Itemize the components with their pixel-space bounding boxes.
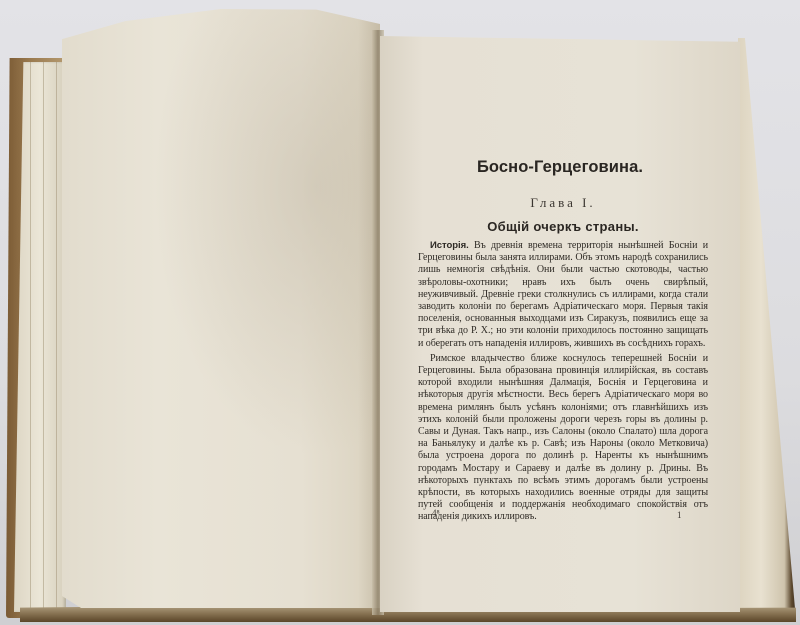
run-in-heading: Исторія. [430,240,469,251]
page-number: 1 [677,510,682,520]
right-page-text: Босно-Герцеговина. Глава I. Общій очеркъ… [418,158,708,524]
left-page-blank [62,6,380,608]
paragraph-text: Въ древнія времена территорія нынѣшней Б… [418,240,708,349]
paragraph-roman: Римское владычество ближе коснулось тепе… [418,353,708,524]
paragraph-history: Исторія. Въ древнія времена территорія н… [418,240,708,350]
photo-scene: Босно-Герцеговина. Глава I. Общій очеркъ… [0,0,800,625]
signature-mark: 4⁸ [432,508,440,518]
page-title: Босно-Герцеговина. [418,158,708,177]
paragraph-text: Римское владычество ближе коснулось тепе… [418,353,708,523]
section-title: Общій очеркъ страны. [418,219,708,234]
chapter-heading: Глава I. [418,195,708,211]
right-page-stack [738,38,796,620]
